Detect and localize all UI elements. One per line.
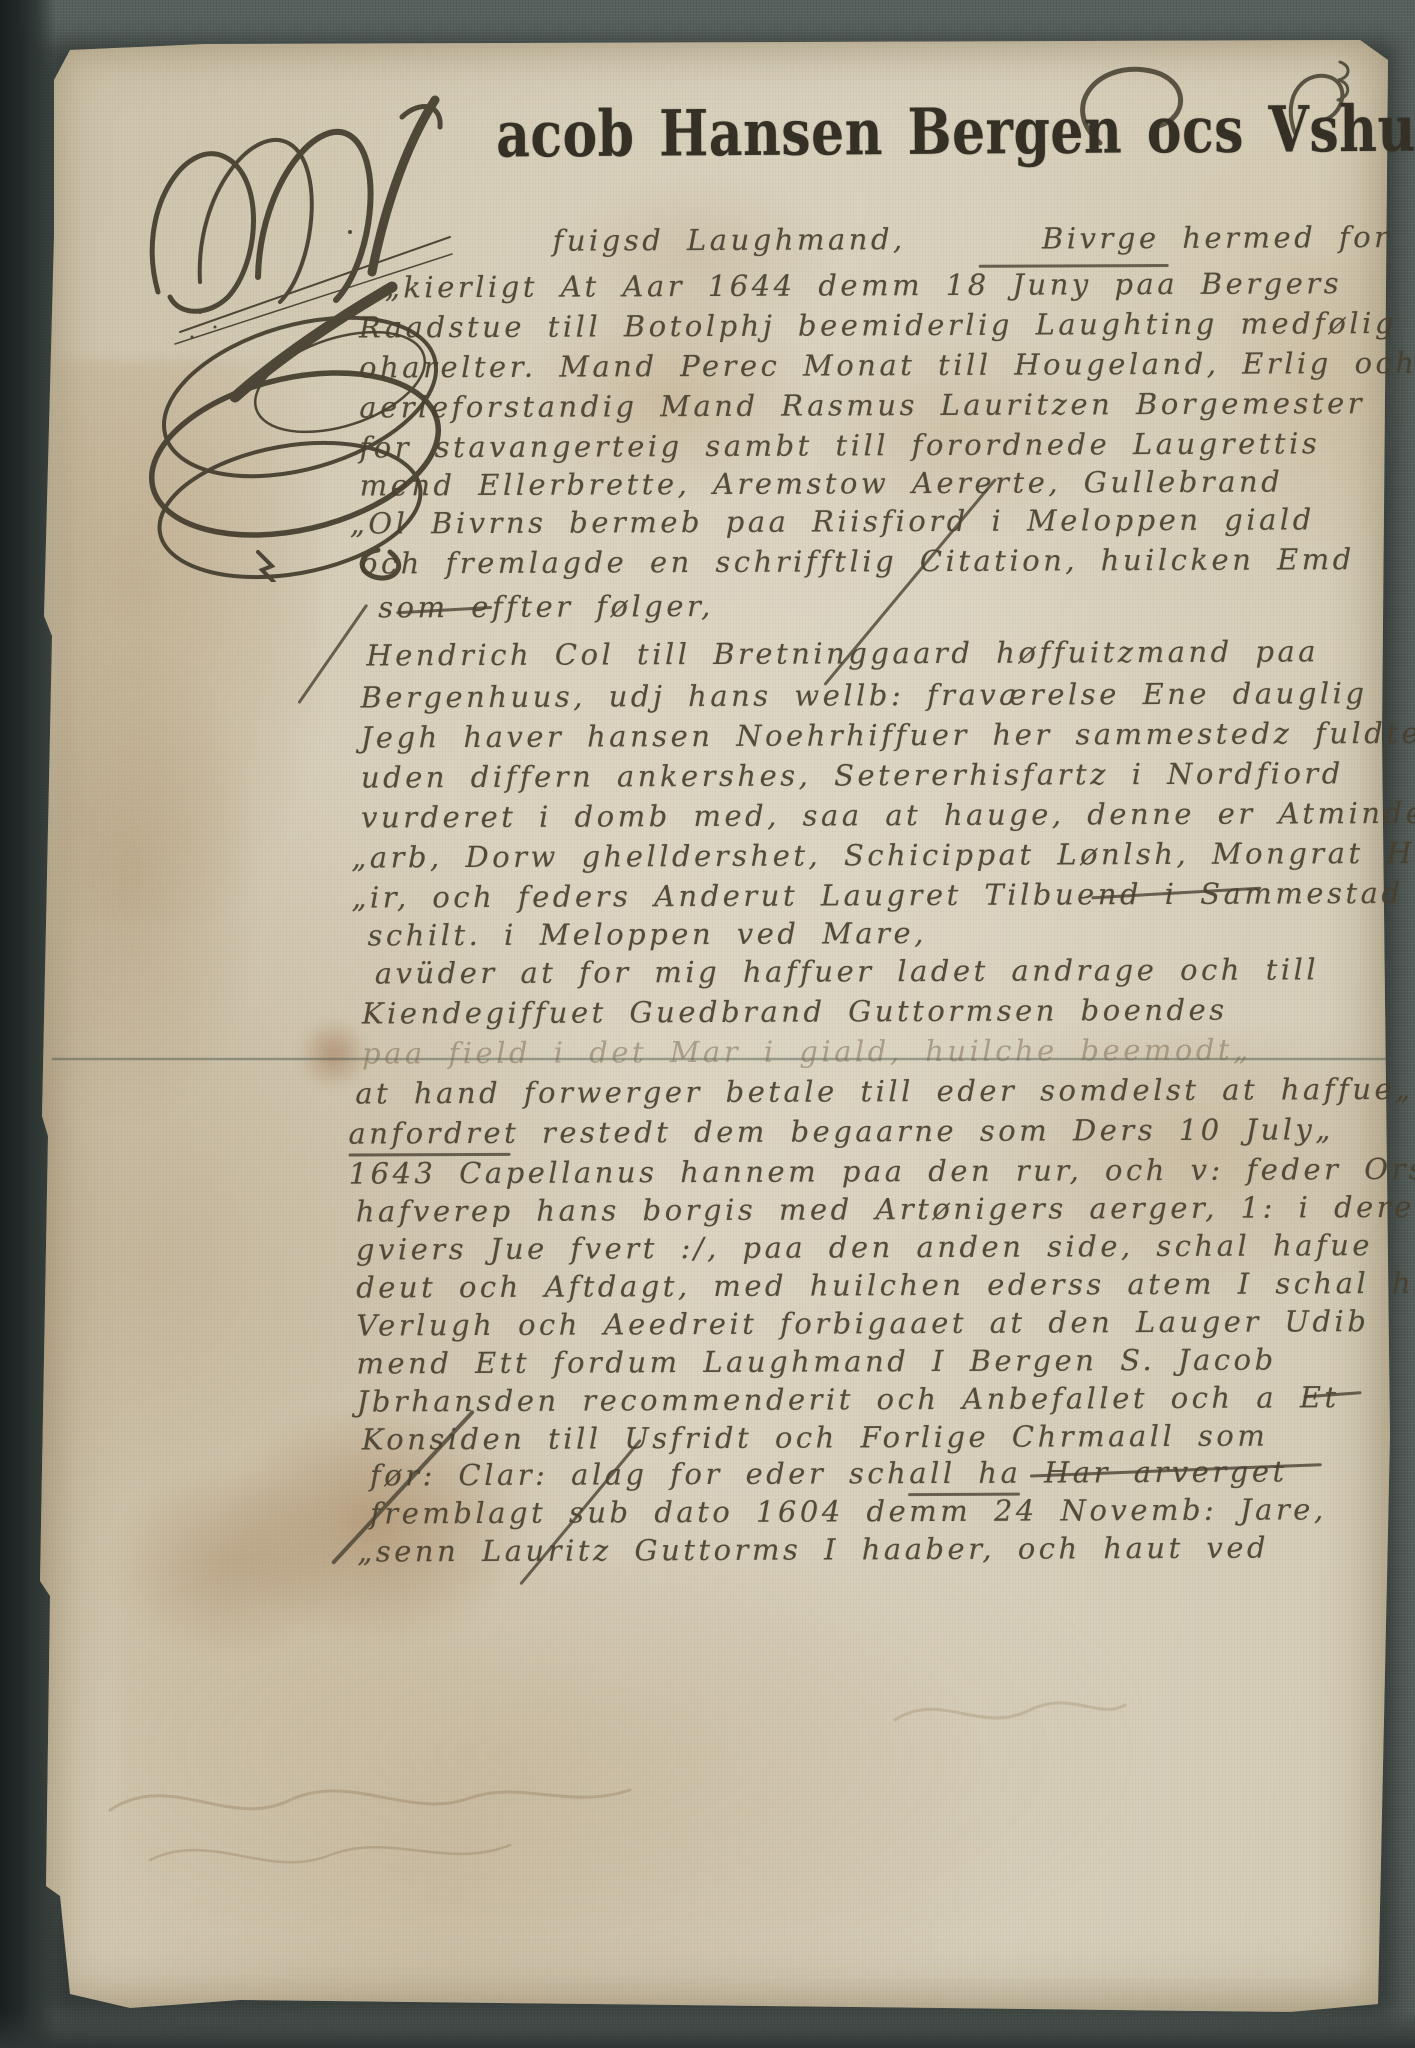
manuscript-line: oharelter. Mand Perec Monat till Hougela… bbox=[359, 349, 1415, 383]
manuscript-line: Jbrhansden recommenderit och Anbefallet … bbox=[357, 1383, 1340, 1416]
manuscript-line: Jegh haver hansen Noehrhiffuer her samme… bbox=[361, 719, 1415, 753]
manuscript-line: deut och Aftdagt, med huilchen ederss at… bbox=[356, 1269, 1415, 1303]
manuscript-line: schilt. i Meloppen ved Mare, bbox=[368, 919, 927, 950]
manuscript-line: 1643 Capellanus hannem paa den rur, och … bbox=[349, 1155, 1415, 1189]
ink-underline-mark bbox=[908, 1493, 1020, 1496]
manuscript-photo: acob Hansen Bergen ocs Vshulle„ fuigsd L… bbox=[0, 0, 1415, 2048]
manuscript-line: for stavangerteig sambt till forordnede … bbox=[359, 429, 1320, 462]
manuscript-line: fremblagt sub dato 1604 demm 24 Novemb: … bbox=[370, 1495, 1327, 1528]
manuscript-line: Konsiden till Usfridt och Forlige Chrmaa… bbox=[362, 1422, 1269, 1455]
manuscript-line: at hand forwerger betale till eder somde… bbox=[355, 1075, 1413, 1109]
manuscript-line: „kierligt At Aar 1644 demm 18 Juny paa B… bbox=[385, 269, 1342, 302]
manuscript-line: Raadstue till Botolphj beemiderlig Laugh… bbox=[359, 309, 1397, 343]
manuscript-line: mend Ellerbrette, Aremstow Aererte, Gull… bbox=[360, 467, 1284, 500]
manuscript-line: Kiendegiffuet Guedbrand Guttormsen boend… bbox=[362, 996, 1228, 1029]
manuscript-line: hafverep hans borgis med Artønigers aerg… bbox=[356, 1193, 1415, 1227]
text-layer: fuigsd Laughmand, Bivrge hermed for alle… bbox=[0, 0, 1415, 2048]
ghost-writing bbox=[880, 1650, 1140, 1770]
manuscript-line: Hendrich Col till Bretninggaard høffuitz… bbox=[366, 637, 1319, 670]
manuscript-line: aerleforstandig Mand Rasmus Lauritzen Bo… bbox=[359, 389, 1365, 422]
manuscript-line: Verlugh och Aeedreit forbigaaet at den L… bbox=[356, 1307, 1369, 1340]
manuscript-line: gviers Jue fvert :/, paa den anden side,… bbox=[356, 1231, 1373, 1264]
manuscript-line: mend Ett fordum Laughmand I Bergen S. Ja… bbox=[356, 1346, 1276, 1379]
manuscript-line: anfordret restedt dem begaarne som Ders … bbox=[348, 1115, 1334, 1148]
manuscript-line: før: Clar: alag for eder schall ha Har a… bbox=[370, 1457, 1288, 1490]
manuscript-line: „Ol Bivrns bermeb paa Riisfiord i Melopp… bbox=[350, 505, 1315, 538]
manuscript-line: Bergenhuus, udj hans wellb: fraværelse E… bbox=[361, 679, 1368, 712]
manuscript-line: paa field i det Mar i giald, huilche bee… bbox=[362, 1036, 1252, 1069]
manuscript-line: och fremlagde en schrifftlig Citation, h… bbox=[360, 545, 1355, 578]
manuscript-line: „arb, Dorw ghelldershet, Schicippat Lønl… bbox=[351, 839, 1415, 873]
manuscript-line: „senn Lauritz Guttorms I haaber, och hau… bbox=[357, 1534, 1269, 1567]
manuscript-line: fuigsd Laughmand, Bivrge hermed for alle… bbox=[553, 222, 1415, 256]
ghost-writing bbox=[90, 1750, 690, 1910]
manuscript-line: „ir, och feders Anderut Laugret Tilbuend… bbox=[351, 879, 1403, 913]
manuscript-line: uden differn ankershes, Setererhisfartz … bbox=[361, 759, 1344, 792]
manuscript-line: avüder at for mig haffuer ladet andrage … bbox=[375, 955, 1319, 988]
ink-slash-mark bbox=[297, 604, 368, 704]
manuscript-line: som effter følger, bbox=[378, 592, 714, 622]
manuscript-line: vurderet i domb med, saa at hauge, denne… bbox=[361, 799, 1415, 833]
